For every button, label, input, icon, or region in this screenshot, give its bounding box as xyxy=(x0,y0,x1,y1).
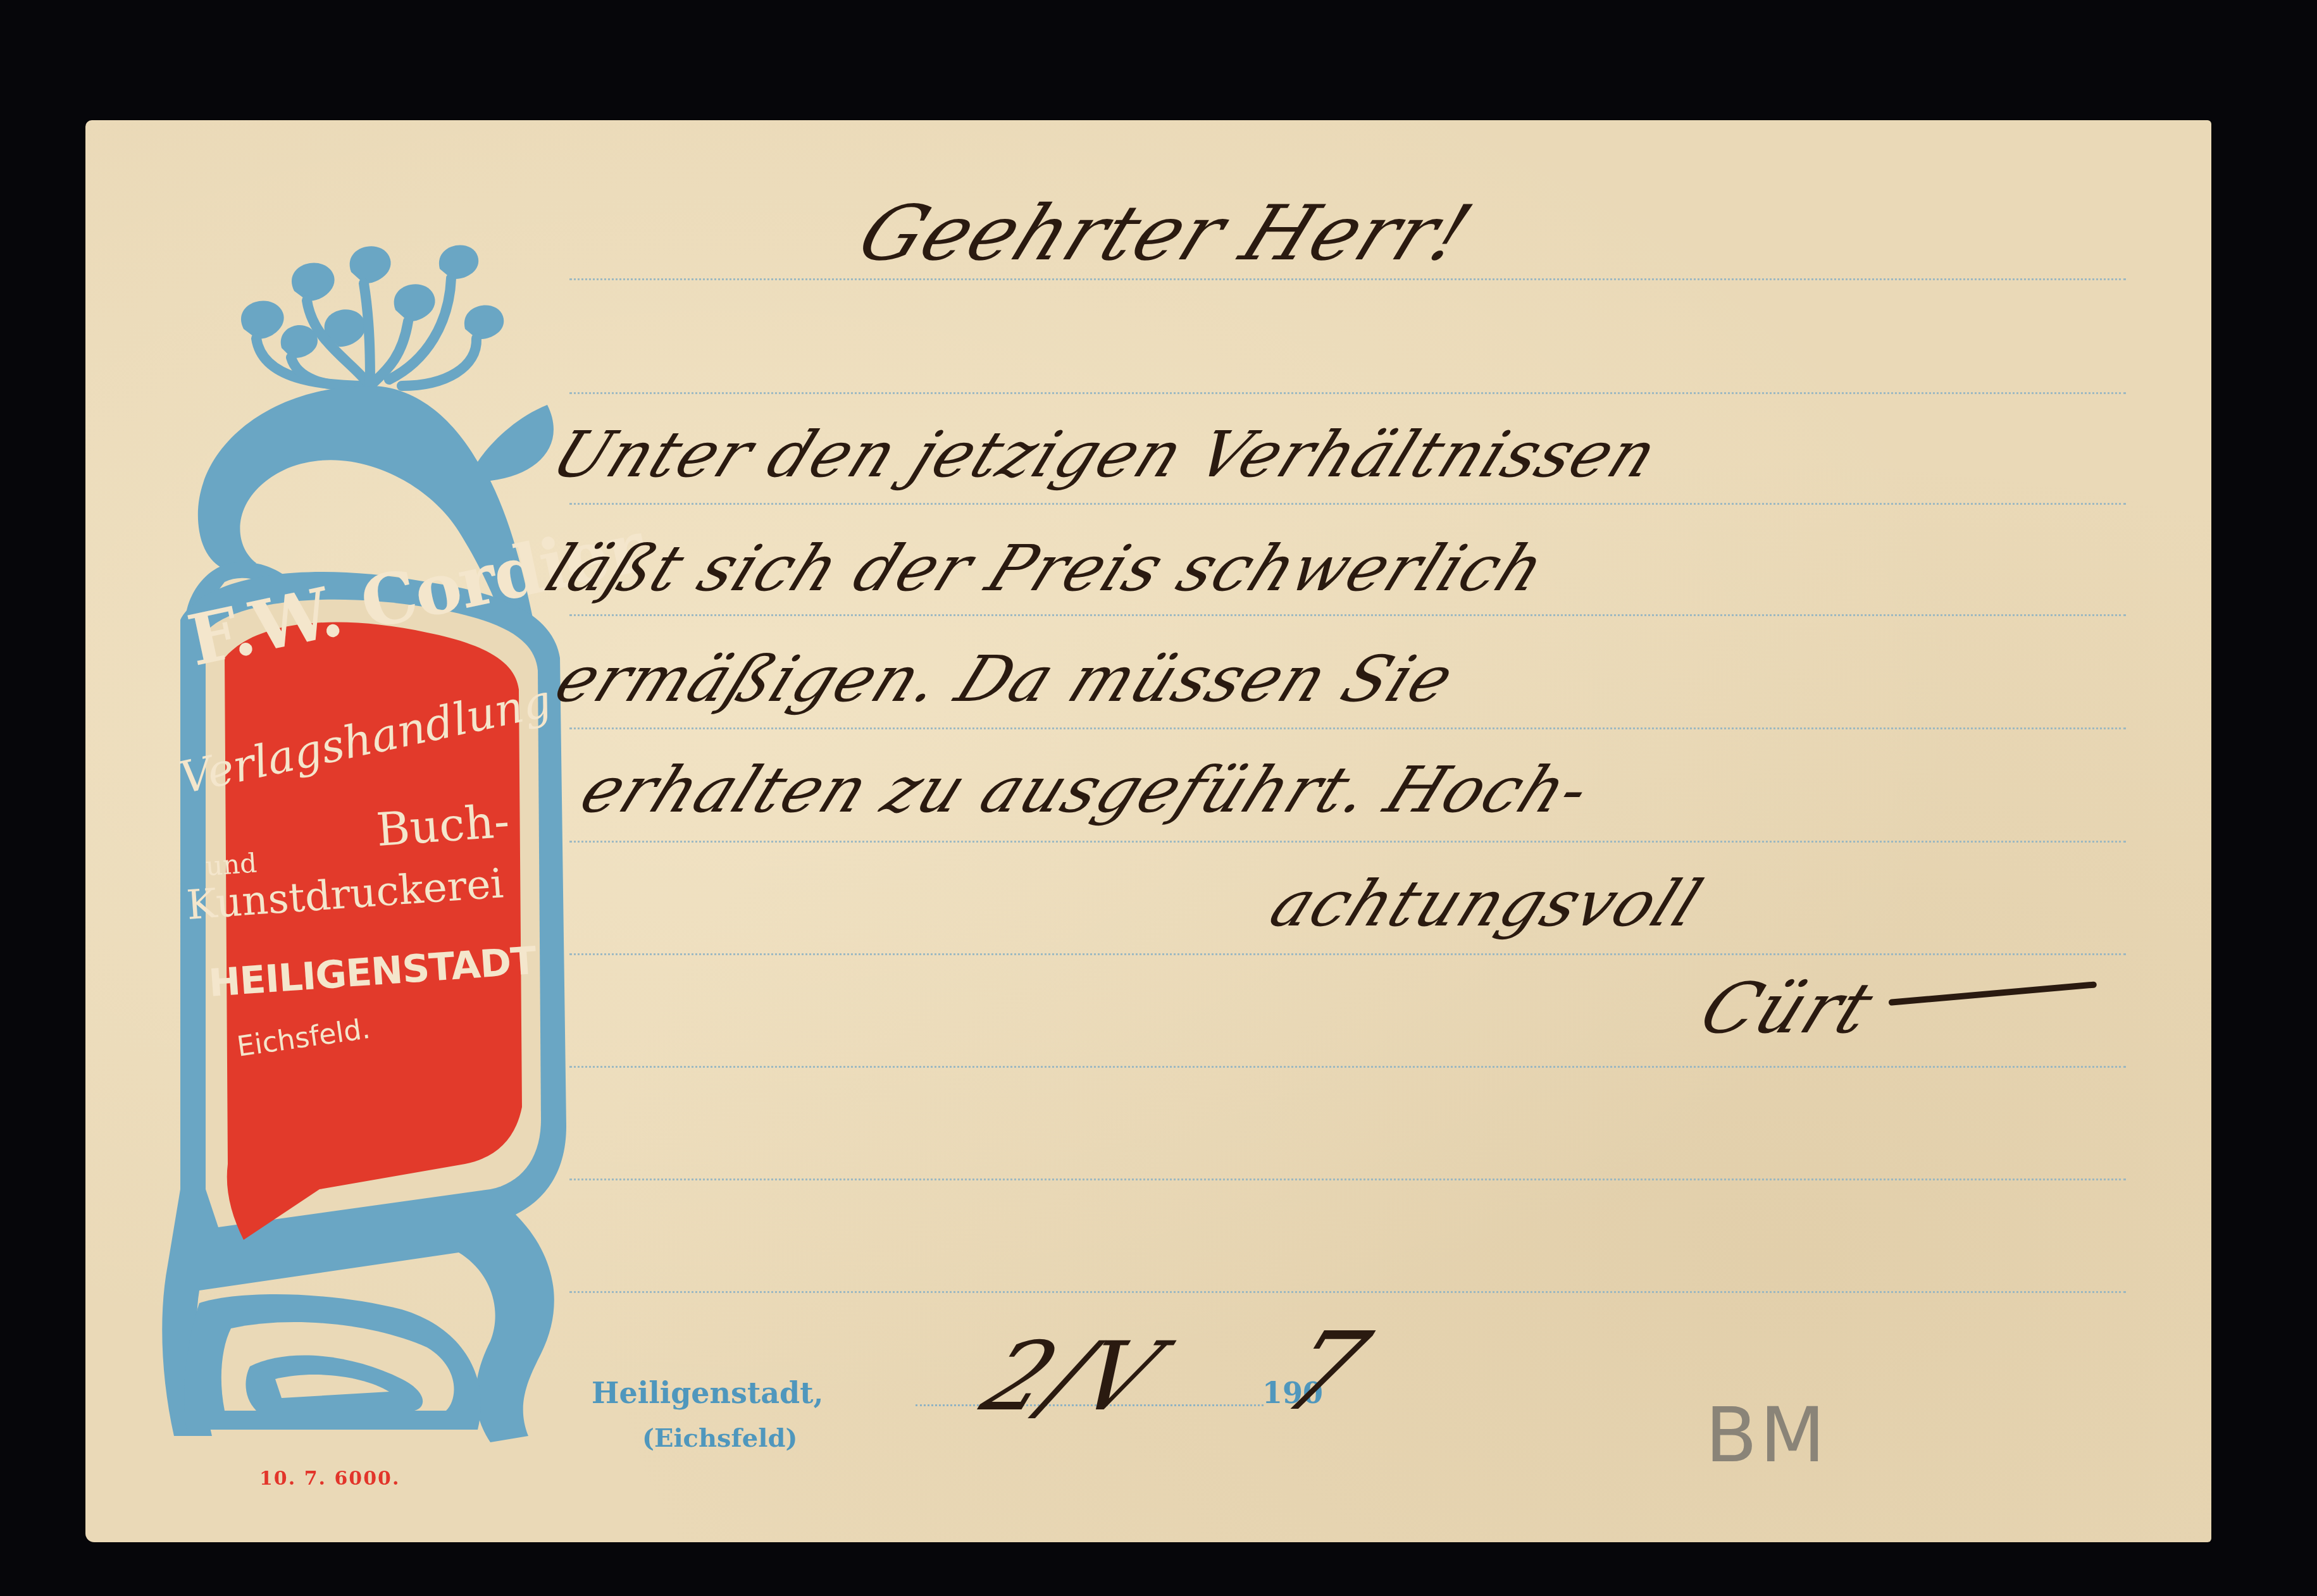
letter-line: erhalten zu ausgeführt. Hoch- xyxy=(570,753,1601,827)
handwritten-date: 2/V xyxy=(968,1322,1177,1432)
signature: Cürt xyxy=(1689,968,1886,1049)
salutation: Geehrter Herr! xyxy=(846,190,1485,278)
ruled-line xyxy=(569,1291,2126,1293)
dateline-place-sub: (Eichsfeld) xyxy=(642,1423,797,1453)
letter-line: ermäßigen. Da müssen Sie xyxy=(545,642,1465,716)
letterhead-line-buch: Buch- xyxy=(375,794,511,856)
letter-line: läßt sich der Preis schwerlich xyxy=(535,531,1556,605)
handwritten-year-digit: 7 xyxy=(1265,1309,1386,1435)
ruled-line xyxy=(569,1066,2126,1068)
ruled-line xyxy=(569,392,2126,394)
pencil-annotation: BM xyxy=(1705,1392,1828,1480)
postcard: F.W. Cordier Verlagshandlung Buch- und K… xyxy=(85,120,2211,1542)
ruled-line xyxy=(569,953,2126,955)
signature-flourish xyxy=(1889,981,2097,1006)
dateline-place: Heiligenstadt, xyxy=(592,1376,823,1410)
ruled-line xyxy=(569,614,2126,616)
closing: achtungsvoll xyxy=(1260,867,1713,941)
ruled-line xyxy=(569,841,2126,843)
letter-line: Unter den jetzigen Verhältnissen xyxy=(542,418,1669,492)
ruled-line xyxy=(569,1178,2126,1180)
ruled-line xyxy=(569,727,2126,729)
print-code: 10. 7. 6000. xyxy=(259,1468,400,1490)
ruled-line xyxy=(569,278,2126,280)
ruled-line xyxy=(569,503,2126,505)
letterhead-line-und: und xyxy=(204,847,258,882)
